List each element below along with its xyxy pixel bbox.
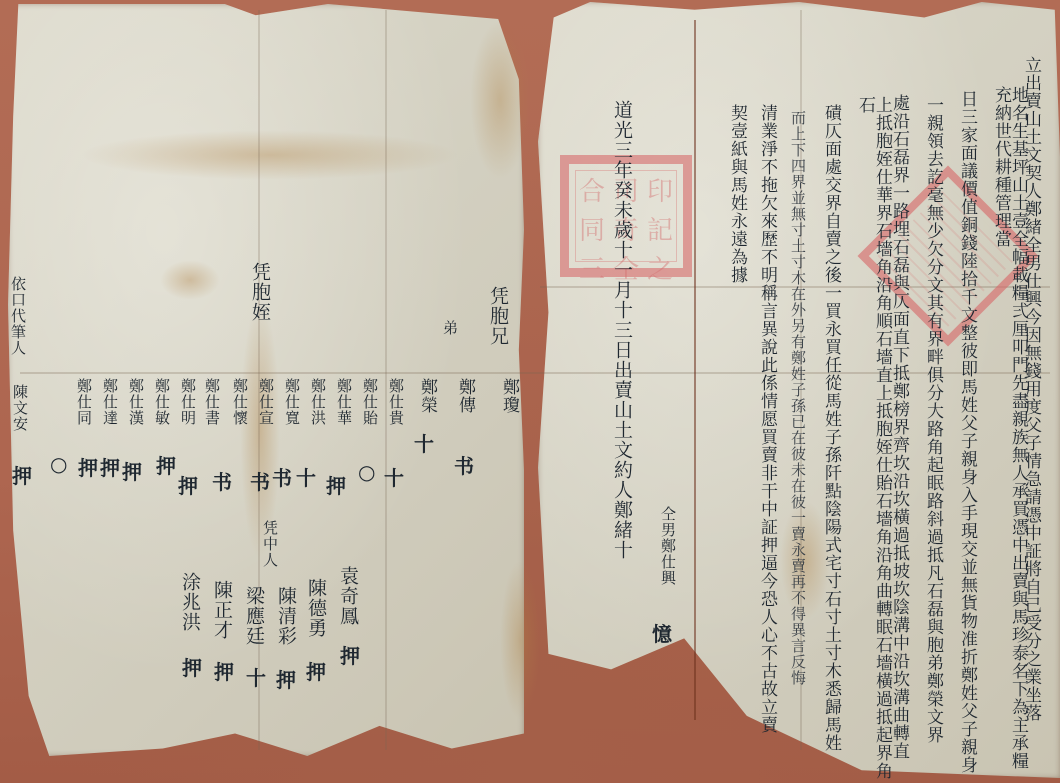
- scribe-label: 依口代筆人: [10, 276, 25, 356]
- signer-mark: 书: [250, 466, 270, 495]
- scribe-name: 陳文安: [12, 384, 27, 432]
- younger-brother-label: 弟: [442, 320, 457, 336]
- signer-name: 鄭仕貴: [388, 378, 403, 426]
- signer-mark: 押: [326, 470, 346, 499]
- middleman-mark: 押: [182, 652, 202, 681]
- signer-name: 鄭仕同: [76, 378, 91, 426]
- signer-mark: ○: [358, 460, 375, 484]
- body-column-7: 磧仄面處交界自賣之後一買永買任從馬姓子孫阡點陰陽式宅寸石寸土寸木悉歸馬姓: [822, 104, 839, 752]
- signer-mark: 押: [156, 450, 176, 479]
- signer-name: 鄭仕書: [204, 378, 219, 426]
- brother-heading: 凭胞兄: [488, 286, 507, 346]
- signer-name: 鄭仕洪: [310, 378, 325, 426]
- signer-mark: 书: [454, 450, 474, 479]
- seal-glyph: 印: [644, 171, 676, 208]
- body-column-4: 一親領去訖毫無少欠分文其有界畔俱分大路角起眠路斜過抵凡石磊與胞弟鄭榮文界: [924, 96, 941, 744]
- water-stain: [500, 560, 540, 720]
- signer-mark: 押: [178, 470, 198, 499]
- seal-glyph: 三: [576, 249, 608, 286]
- signer-name: 鄭仕懷: [232, 378, 247, 426]
- water-stain: [80, 130, 460, 180]
- middleman-mark: 十: [246, 662, 266, 691]
- body-column-10: 契壹紙與馬姓永遠為據: [728, 104, 745, 284]
- signer-name: 鄭仕明: [180, 378, 195, 426]
- body-column-3: 日三家面議價值銅錢陸拾千文整彼即馬姓父子親身入手現交並無貨物准折鄭姓父子親身: [958, 90, 975, 774]
- signer-name: 鄭仕貽: [362, 378, 377, 426]
- signer-name: 鄭瓊: [500, 378, 517, 414]
- body-column-8: 而上下四界並無寸土寸木在外另有鄭姓子孫已在彼未在彼一賣永賣再不得異言反悔: [790, 110, 805, 686]
- date-line: 道光三年癸未歲十一月十三日出賣山土文約人鄭緒十: [612, 100, 631, 560]
- body-column-9: 清業淨不拖欠來歷不明稱言異說此係情愿買賣非干中証押逼今恐人心不古故立賣: [758, 104, 775, 734]
- signer-name: 鄭仕華: [336, 378, 351, 426]
- co-signer: 仝男鄭仕興: [660, 506, 675, 586]
- middleman-name: 陳正才: [212, 580, 231, 640]
- signer-mark: 押: [122, 456, 142, 485]
- signer-mark: ○: [50, 452, 67, 476]
- seal-glyph: 合: [576, 171, 608, 208]
- water-stain: [470, 20, 530, 180]
- signer-name: 鄭仕漢: [128, 378, 143, 426]
- middleman-mark: 押: [306, 656, 326, 685]
- nephew-heading: 凭胞姪: [250, 262, 269, 322]
- signer-mark: 十: [296, 462, 316, 491]
- signer-mark: 十: [384, 462, 404, 491]
- middleman-name: 陳清彩: [276, 586, 295, 646]
- signer-mark: 十: [414, 428, 434, 457]
- body-column-5: 處沿石磊界一路埋石磊與仄面直下抵鄭榜界齊坎沿坎橫過抵坡坎陰溝中沿坎溝曲轉直: [890, 94, 907, 760]
- middleman-mark: 押: [340, 640, 360, 669]
- middleman-name: 涂兆洪: [180, 572, 199, 632]
- co-signer-mark: 憶: [652, 618, 672, 647]
- middleman-mark: 押: [276, 664, 296, 693]
- signer-name: 鄭仕敏: [154, 378, 169, 426]
- signer-name: 鄭榮: [418, 378, 435, 414]
- water-stain: [160, 260, 220, 300]
- signer-name: 鄭仕宣: [258, 378, 273, 426]
- middlemen-heading: 凭中人: [262, 520, 277, 568]
- signer-name: 鄭仕寬: [284, 378, 299, 426]
- seal-glyph: 同: [576, 210, 608, 247]
- body-column-2: 地名生基坪山土壹全幅載糧弍厘叩門先盡親族無人承買憑中出賣與馬珍泰名下為主承糧充納…: [992, 86, 1026, 783]
- signer-mark: 押: [78, 452, 98, 481]
- middleman-name: 陳德勇: [306, 578, 325, 638]
- middleman-name: 梁應廷: [244, 586, 263, 646]
- seal-glyph: 記: [644, 210, 676, 247]
- tear-line: [694, 20, 696, 720]
- signer-name: 鄭仕達: [102, 378, 117, 426]
- middleman-name: 袁奇鳳: [338, 566, 357, 626]
- signer-mark: 押: [100, 452, 120, 481]
- signer-mark: 书: [272, 462, 292, 491]
- signer-mark: 书: [212, 466, 232, 495]
- scribe-mark: 押: [12, 460, 32, 489]
- seal-glyph: 之: [644, 249, 676, 286]
- body-column-6: 上抵胞姪仕華界石墻角沿角順石墻直上抵胞姪仕貽石墻角沿角曲轉眠石墻橫過抵起界角石: [856, 96, 890, 783]
- signer-name: 鄭傳: [456, 378, 473, 414]
- middleman-mark: 押: [214, 656, 234, 685]
